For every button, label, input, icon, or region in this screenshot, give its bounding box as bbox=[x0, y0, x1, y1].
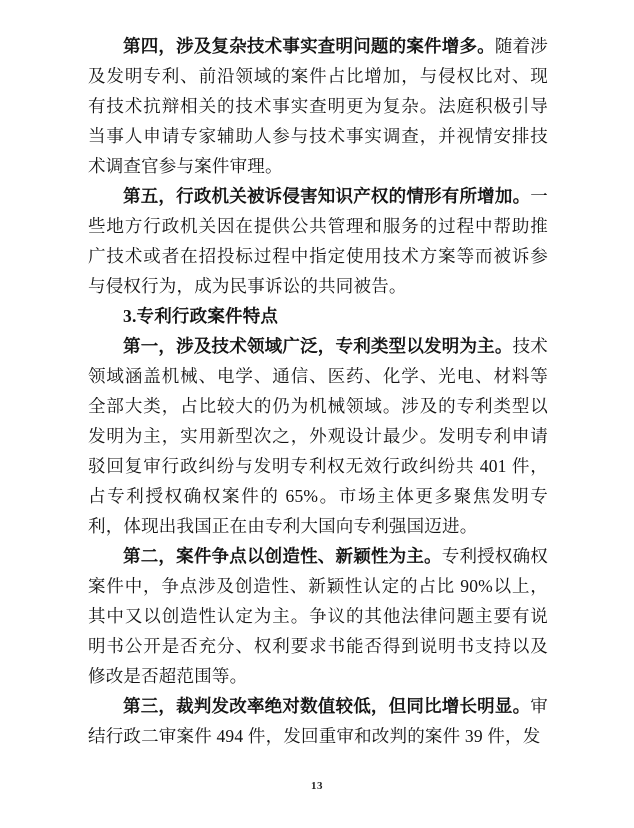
section-heading-patent-admin-cases: 3.专利行政案件特点 bbox=[88, 301, 548, 331]
paragraph-body-text: 随着涉及发明专利、前沿领域的案件占比增加，与侵权比对、现有技术抗辩相关的技术事实… bbox=[88, 36, 548, 176]
paragraph-body-text: 技术领域涵盖机械、电学、通信、医药、化学、光电、材料等全部大类，占比较大的仍为机… bbox=[88, 336, 548, 536]
page-content: 第四，涉及复杂技术事实查明问题的案件增多。随着涉及发明专利、前沿领域的案件占比增… bbox=[88, 31, 548, 751]
paragraph-2nd-point: 第二，案件争点以创造性、新颖性为主。专利授权确权案件中，争点涉及创造性、新颖性认… bbox=[88, 541, 548, 691]
paragraph-4th-point: 第四，涉及复杂技术事实查明问题的案件增多。随着涉及发明专利、前沿领域的案件占比增… bbox=[88, 31, 548, 181]
paragraph-5th-point: 第五，行政机关被诉侵害知识产权的情形有所增加。一些地方行政机关因在提供公共管理和… bbox=[88, 181, 548, 301]
paragraph-lead-bold: 第二，案件争点以创造性、新颖性为主。 bbox=[123, 546, 442, 566]
paragraph-lead-bold: 第三，裁判发改率绝对数值较低，但同比增长明显。 bbox=[123, 696, 530, 716]
paragraph-1st-point: 第一，涉及技术领域广泛，专利类型以发明为主。技术领域涵盖机械、电学、通信、医药、… bbox=[88, 331, 548, 541]
paragraph-lead-bold: 第四，涉及复杂技术事实查明问题的案件增多。 bbox=[123, 36, 495, 56]
paragraph-body-text: 专利授权确权案件中，争点涉及创造性、新颖性认定的占比 90%以上，其中又以创造性… bbox=[88, 546, 548, 686]
page-number: 13 bbox=[0, 780, 634, 792]
document-page: 第四，涉及复杂技术事实查明问题的案件增多。随着涉及发明专利、前沿领域的案件占比增… bbox=[0, 0, 634, 828]
section-heading-text: 3.专利行政案件特点 bbox=[123, 306, 278, 326]
paragraph-lead-bold: 第一，涉及技术领域广泛，专利类型以发明为主。 bbox=[123, 336, 513, 356]
paragraph-3rd-point: 第三，裁判发改率绝对数值较低，但同比增长明显。审结行政二审案件 494 件，发回… bbox=[88, 691, 548, 751]
paragraph-lead-bold: 第五，行政机关被诉侵害知识产权的情形有所增加。 bbox=[123, 186, 530, 206]
